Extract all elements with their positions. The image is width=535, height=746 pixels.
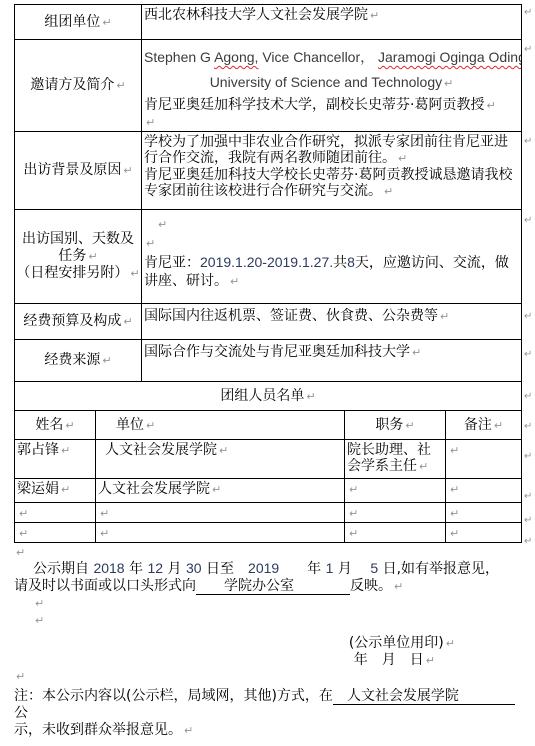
note-text: 注：本公示内容以(公示栏，局域网，其他)方式，在 xyxy=(14,688,333,704)
member-name-cell: 梁运娟↵ xyxy=(15,479,96,503)
paragraph-mark-icon: ↵ xyxy=(100,354,111,367)
bottom-note: 注：本公示内容以(公示栏，局域网，其他)方式，在 人文社会发展学院 公 示，未收… xyxy=(0,688,535,739)
note-text: 公 xyxy=(14,705,28,721)
row-end-mark-icon: ↵ xyxy=(524,137,532,147)
document-page: 组团单位↵ 西北农林科技大学人文社会发展学院↵ 邀请方及简介↵ Stephen … xyxy=(0,0,535,746)
form-row-group-unit: 组团单位↵ 西北农林科技大学人文社会发展学院↵ xyxy=(15,5,522,40)
roster-title-row: 团组人员名单↵ xyxy=(15,382,522,411)
row-end-mark-icon: ↵ xyxy=(524,537,532,547)
office-blank-underline: 学院办公室 xyxy=(196,578,350,595)
roster-title-cell: 团组人员名单↵ xyxy=(15,382,522,411)
group-unit-value-cell: 西北农林科技大学人文社会发展学院↵ xyxy=(142,5,522,40)
roster-empty-row: ↵ ↵ ↵ ↵ xyxy=(15,503,522,523)
paragraph-mark-icon: ↵ xyxy=(100,16,111,29)
paragraph-mark-icon: ↵ xyxy=(182,724,193,737)
row-end-mark-icon: ↵ xyxy=(524,422,532,432)
inviter-chinese-line: 肯尼亚奥廷加科学技术大学，副校长史蒂芬·葛阿贡教授↵ xyxy=(144,97,519,114)
form-row-background: 出访背景及原因↵ 学校为了加强中非农业合作研究，拟派专家团前往肯尼亚进行合作交流… xyxy=(15,132,522,210)
empty-cell: ↵ xyxy=(15,523,96,543)
destination-label-text: （日程安排另附） xyxy=(16,265,128,281)
blank-space xyxy=(459,688,515,704)
budget-value-cell: 国际国内往返机票、签证费、伙食费、公杂费等↵ xyxy=(142,304,522,340)
college-blank-underline: 人文社会发展学院 xyxy=(333,688,515,705)
member-unit-cell: 人文社会发展学院↵ xyxy=(96,440,345,479)
notice-text: 日,如有举报意见， xyxy=(378,561,499,577)
paragraph-mark-icon: ↵ xyxy=(14,670,25,683)
blank-space xyxy=(196,578,224,594)
empty-paragraph: ↵ xyxy=(14,545,535,560)
destination-label-line1: 出访国别、天数及 xyxy=(15,231,141,248)
paragraph-mark-icon: ↵ xyxy=(347,507,358,520)
paragraph-mark-icon: ↵ xyxy=(448,527,459,540)
notice-text: 月 xyxy=(163,561,186,577)
paragraph-mark-icon: ↵ xyxy=(444,637,455,650)
empty-cell: ↵ xyxy=(345,503,446,523)
seal-text: (公示单位用印) xyxy=(349,635,444,651)
member-name: 梁运娟 xyxy=(17,481,59,497)
empty-paragraph: ↵ xyxy=(14,669,535,684)
budget-label: 经费预算及构成 xyxy=(23,313,121,329)
paragraph-mark-icon: ↵ xyxy=(144,237,155,250)
notice-text: 反映。 xyxy=(350,578,392,594)
date-line: 年 月 日↵ xyxy=(0,652,535,669)
empty-cell: ↵ xyxy=(96,523,345,543)
roster-header-position: 职务↵ xyxy=(345,411,446,440)
empty-cell: ↵ xyxy=(15,503,96,523)
paragraph-mark-icon: ↵ xyxy=(442,78,453,90)
paragraph-mark-icon: ↵ xyxy=(382,185,393,198)
paragraph-mark-icon: ↵ xyxy=(492,419,503,432)
paragraph-mark-icon: ↵ xyxy=(210,483,221,496)
footer-section: ↵ 公示期自 2018 年 12 月 30 日至 2019 年 1 月 5 日,… xyxy=(0,545,535,739)
destination-prefix: 肯尼亚： xyxy=(144,255,200,271)
budget-label-cell: 经费预算及构成↵ xyxy=(15,304,142,340)
member-note-cell: ↵ xyxy=(446,440,522,479)
paragraph-mark-icon: ↵ xyxy=(484,99,495,112)
notice-text: 日至 xyxy=(202,561,248,577)
header-unit-label: 单位 xyxy=(116,417,144,433)
paragraph-mark-icon: ↵ xyxy=(347,527,358,540)
paragraph-mark-icon: ↵ xyxy=(368,9,379,22)
destination-label-cell: 出访国别、天数及 任务↵ （日程安排另附）↵ xyxy=(15,210,142,304)
row-end-mark-icon: ↵ xyxy=(524,8,532,18)
bottom-note-line1: 注：本公示内容以(公示栏，局域网，其他)方式，在 人文社会发展学院 公 xyxy=(14,688,521,722)
paragraph-mark-icon: ↵ xyxy=(424,654,435,667)
group-unit-value: 西北农林科技大学人文社会发展学院 xyxy=(144,7,368,23)
note-text: 示，未收到群众举报意见。 xyxy=(14,722,182,738)
empty-paragraph: ↵ xyxy=(33,595,535,612)
notice-day-start: 30 xyxy=(186,560,202,576)
form-row-budget: 经费预算及构成↵ 国际国内往返机票、签证费、伙食费、公杂费等↵ xyxy=(15,304,522,340)
member-position-cell: ↵ xyxy=(345,479,446,503)
date-text: 年 月 日 xyxy=(354,652,424,668)
paragraph-mark-icon: ↵ xyxy=(156,218,167,231)
roster-header-row: 姓名↵ 单位↵ 职务↵ 备注↵ xyxy=(15,411,522,440)
notice-year-start: 2018 xyxy=(93,560,124,576)
paragraph-mark-icon: ↵ xyxy=(217,444,228,457)
funding-label: 经费来源 xyxy=(44,352,100,368)
blank-space xyxy=(333,688,347,704)
inviter-label: 邀请方及简介 xyxy=(30,77,114,93)
blank-space xyxy=(294,578,350,594)
background-value-cell: 学校为了加强中非农业合作研究，拟派专家团前往肯尼亚进行合作交流，我院有两名教师随… xyxy=(142,132,522,210)
paragraph-mark-icon: ↵ xyxy=(114,79,125,92)
inviter-en-misspelled: Agong, xyxy=(214,49,258,65)
row-end-mark-icon: ↵ xyxy=(524,516,532,526)
member-unit-cell: 人文社会发展学院↵ xyxy=(96,479,345,503)
notice-text: 请及时以书面或以口头形式向 xyxy=(14,578,196,594)
empty-paragraph: ↵ xyxy=(33,612,535,629)
row-end-mark-icon: ↵ xyxy=(524,392,532,402)
destination-label-text: 任务 xyxy=(58,248,86,264)
paragraph-mark-icon: ↵ xyxy=(396,152,407,165)
empty-cell: ↵ xyxy=(446,503,522,523)
member-position-cell: 院长助理、社会学系主任↵ xyxy=(345,440,446,479)
empty-paragraph: ↵ xyxy=(144,114,519,131)
roster-empty-row: ↵ ↵ ↵ ↵ xyxy=(15,523,522,543)
paragraph-mark-icon: ↵ xyxy=(14,546,25,559)
paragraph-mark-icon: ↵ xyxy=(63,419,74,432)
empty-cell: ↵ xyxy=(96,503,345,523)
form-row-inviter: 邀请方及简介↵ Stephen G Agong, Vice Chancellor… xyxy=(15,40,522,132)
paragraph-mark-icon: ↵ xyxy=(33,597,44,610)
roster-header-name: 姓名↵ xyxy=(15,411,96,440)
paragraph-mark-icon: ↵ xyxy=(86,250,97,263)
paragraph-mark-icon: ↵ xyxy=(144,116,155,129)
inviter-en-text: Stephen G xyxy=(144,49,214,65)
funding-value-cell: 国际合作与交流处与肯尼亚奥廷加科技大学↵ xyxy=(142,340,522,382)
paragraph-mark-icon: ↵ xyxy=(410,346,421,359)
notice-month-start: 12 xyxy=(148,560,164,576)
publicity-period-line1: 公示期自 2018 年 12 月 30 日至 2019 年 1 月 5 日,如有… xyxy=(14,560,521,578)
inviter-english-line2: University of Science and Technology↵ xyxy=(144,70,519,97)
notice-text: 年 xyxy=(279,561,325,577)
paragraph-mark-icon: ↵ xyxy=(438,310,449,323)
inviter-value-cell: Stephen G Agong, Vice Chancellor， Jaramo… xyxy=(142,40,522,132)
paragraph-mark-icon: ↵ xyxy=(448,444,459,457)
destination-value-cell: ↵ ↵ 肯尼亚：2019.1.20-2019.1.27.共8天，应邀访问、交流，… xyxy=(142,210,522,304)
paragraph-mark-icon: ↵ xyxy=(98,527,109,540)
bottom-note-line2: 示，未收到群众举报意见。↵ xyxy=(14,722,521,739)
empty-paragraph: ↵ xyxy=(144,215,519,234)
funding-label-cell: 经费来源↵ xyxy=(15,340,142,382)
notice-text: 月 xyxy=(333,561,370,577)
group-unit-label-cell: 组团单位↵ xyxy=(15,5,142,40)
paragraph-mark-icon: ↵ xyxy=(33,614,44,627)
paragraph-mark-icon: ↵ xyxy=(17,507,28,520)
form-row-destination: 出访国别、天数及 任务↵ （日程安排另附）↵ ↵ ↵ 肯尼亚：2019.1.20… xyxy=(15,210,522,304)
paragraph-mark-icon: ↵ xyxy=(98,507,109,520)
paragraph-mark-icon: ↵ xyxy=(392,580,403,593)
seal-line: (公示单位用印)↵ xyxy=(0,635,535,652)
background-label-cell: 出访背景及原因↵ xyxy=(15,132,142,210)
paragraph-mark-icon: ↵ xyxy=(417,460,428,473)
background-label: 出访背景及原因 xyxy=(23,162,121,178)
destination-days: 8 xyxy=(347,254,355,270)
group-unit-label: 组团单位 xyxy=(44,14,100,30)
roster-member-row: 梁运娟↵ 人文社会发展学院↵ ↵ ↵ xyxy=(15,479,522,503)
member-unit: 人文社会发展学院 xyxy=(105,442,217,458)
destination-value: 肯尼亚：2019.1.20-2019.1.27.共8天，应邀访问、交流，做讲座、… xyxy=(144,253,519,291)
empty-cell: ↵ xyxy=(446,523,522,543)
inviter-en-text: Vice Chancellor， xyxy=(258,49,378,65)
destination-label-line3: （日程安排另附）↵ xyxy=(15,265,141,282)
notice-text: 年 xyxy=(125,561,148,577)
paragraph-mark-icon: ↵ xyxy=(121,315,132,328)
notice-text: 公示期自 xyxy=(33,561,93,577)
row-end-mark-icon: ↵ xyxy=(524,492,532,502)
header-name-label: 姓名 xyxy=(35,417,63,433)
budget-value: 国际国内往返机票、签证费、伙食费、公杂费等 xyxy=(144,308,438,324)
roster-member-row: 郭占锋↵ 人文社会发展学院↵ 院长助理、社会学系主任↵ ↵ xyxy=(15,440,522,479)
office-name: 学院办公室 xyxy=(224,578,294,594)
row-end-mark-icon: ↵ xyxy=(524,312,532,322)
publicity-period-line2: 请及时以书面或以口头形式向 学院办公室 反映。↵ xyxy=(14,578,521,595)
row-end-mark-icon: ↵ xyxy=(524,350,532,360)
destination-dates: 2019.1.20-2019.1.27. xyxy=(200,254,333,270)
paragraph-mark-icon: ↵ xyxy=(347,483,358,496)
notice-year-end: 2019 xyxy=(248,560,279,576)
paragraph-mark-icon: ↵ xyxy=(144,419,155,432)
paragraph-mark-icon: ↵ xyxy=(128,267,139,280)
paragraph-mark-icon: ↵ xyxy=(228,275,239,288)
funding-value: 国际合作与交流处与肯尼亚奥廷加科技大学 xyxy=(144,344,410,360)
form-row-funding: 经费来源↵ 国际合作与交流处与肯尼亚奥廷加科技大学↵ xyxy=(15,340,522,382)
row-end-mark-icon: ↵ xyxy=(524,452,532,462)
inviter-label-cell: 邀请方及简介↵ xyxy=(15,40,142,132)
notice-form-table: 组团单位↵ 西北农林科技大学人文社会发展学院↵ 邀请方及简介↵ Stephen … xyxy=(14,4,522,543)
paragraph-mark-icon: ↵ xyxy=(59,483,70,496)
inviter-en-misspelled: Jaramogi Oginga Odinga xyxy=(378,49,522,65)
destination-label-line2: 任务↵ xyxy=(15,248,141,265)
background-para2: 肯尼亚奥廷加科技大学校长史蒂芬·葛阿贡教授诚恳邀请我校专家团前往该校进行合作研究… xyxy=(144,167,512,199)
destination-mid: 共 xyxy=(333,255,347,271)
paragraph-mark-icon: ↵ xyxy=(448,483,459,496)
header-position-label: 职务 xyxy=(375,417,403,433)
paragraph-mark-icon: ↵ xyxy=(59,444,70,457)
notice-day-end: 5 xyxy=(370,560,378,576)
row-end-mark-icon: ↵ xyxy=(524,216,532,226)
member-name-cell: 郭占锋↵ xyxy=(15,440,96,479)
inviter-cn-text: 肯尼亚奥廷加科学技术大学，副校长史蒂芬·葛阿贡教授 xyxy=(144,97,484,113)
background-para1: 学校为了加强中非农业合作研究，拟派专家团前往肯尼亚进行合作交流，我院有两名教师随… xyxy=(144,134,508,166)
member-unit: 人文社会发展学院 xyxy=(98,481,210,497)
paragraph-mark-icon: ↵ xyxy=(403,419,414,432)
roster-title: 团组人员名单 xyxy=(220,388,304,404)
header-note-label: 备注 xyxy=(464,417,492,433)
roster-header-unit: 单位↵ xyxy=(96,411,345,440)
paragraph-mark-icon: ↵ xyxy=(121,164,132,177)
paragraph-mark-icon: ↵ xyxy=(448,507,459,520)
paragraph-mark-icon: ↵ xyxy=(17,527,28,540)
paragraph-mark-icon: ↵ xyxy=(304,390,315,403)
empty-paragraph: ↵ xyxy=(144,234,519,253)
member-note-cell: ↵ xyxy=(446,479,522,503)
roster-header-note: 备注↵ xyxy=(446,411,522,440)
inviter-english-line1: Stephen G Agong, Vice Chancellor， Jaramo… xyxy=(144,40,519,70)
inviter-en-text: University of Science and Technology xyxy=(210,74,442,90)
member-name: 郭占锋 xyxy=(17,442,59,458)
empty-cell: ↵ xyxy=(345,523,446,543)
college-name: 人文社会发展学院 xyxy=(347,688,459,704)
row-end-mark-icon: ↵ xyxy=(524,45,532,55)
